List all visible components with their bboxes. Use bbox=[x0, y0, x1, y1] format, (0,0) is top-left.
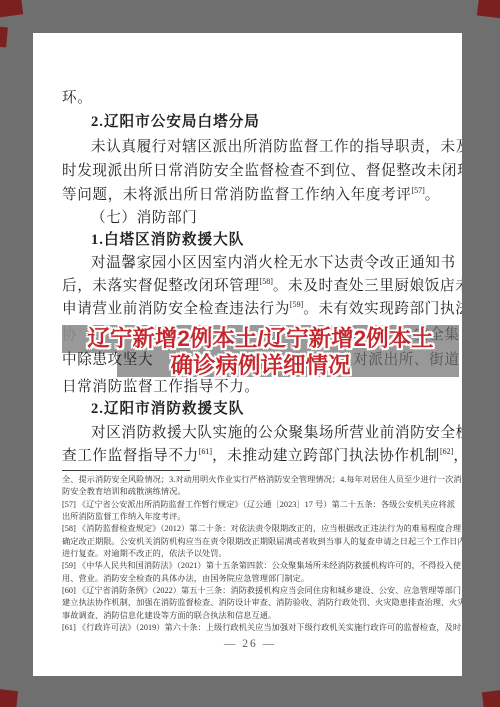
footnote-line: 事故调查、消防信息化建设等方面的联合执法和信息互通。 bbox=[62, 611, 276, 621]
overlay-headline-line2: 确诊病例详细情况 bbox=[62, 352, 459, 379]
page-number: — 26 — bbox=[0, 638, 500, 650]
frame-left bbox=[0, 0, 33, 707]
body-line-text: 对温馨家园小区因室内消火栓无水下达责令改正通知书 bbox=[91, 255, 456, 271]
footnote-separator bbox=[62, 470, 190, 471]
body-line-text: 2.辽阳市公安局白塔分局 bbox=[91, 114, 260, 130]
body-line: 时发现派出所日常消防安全监督检查不到位、督促整改未闭环 bbox=[62, 162, 472, 180]
body-line: 对区消防救援大队实施的公众聚集场所营业前消防安全检 bbox=[91, 424, 471, 442]
body-line-text: 时发现派出所日常消防安全监督检查不到位、督促整改未闭环 bbox=[62, 163, 472, 179]
body-line-text: 。 bbox=[425, 187, 440, 203]
footnote-line: 全、提示消防安全风险情况；3.对动用明火作业实行严格消防安全管理情况；4.每年对… bbox=[62, 475, 462, 485]
body-line-text: 环。 bbox=[62, 90, 92, 106]
frame-right bbox=[462, 0, 500, 707]
footnote-line: [57] 《辽宁省公安派出所消防监督工作暂行规定》（辽公通〔2023〕17 号）… bbox=[62, 500, 455, 510]
footnote-line: [61] 《行政许可法》（2019）第六十条：上级行政机关应当加强对下级行政机关… bbox=[62, 623, 461, 633]
body-line-text: 。未有效实现跨部门执法 bbox=[303, 301, 470, 317]
body-line-text: ，未推动建立跨部门执法协作机制 bbox=[212, 448, 440, 464]
body-line-text: 。未及时查处三里厨娘饭店未 bbox=[273, 278, 471, 294]
footnote-reference: [57] bbox=[411, 186, 424, 195]
corner-mark-bottom-right bbox=[482, 690, 500, 707]
footnote-reference: [61] bbox=[199, 447, 212, 456]
body-line-text: 1.白塔区消防救援大队 bbox=[91, 232, 244, 248]
footnote-line: [60] 《辽宁省消防条例》（2022）第五十三条：消防救援机构应当会同住房和城… bbox=[62, 586, 461, 596]
body-line: 申请营业前消防安全检查违法行为[59]。未有效实现跨部门执法 bbox=[62, 300, 470, 318]
body-line-text: 查工作监督指导不力 bbox=[62, 448, 199, 464]
body-line-text: 申请营业前消防安全检查违法行为 bbox=[62, 301, 290, 317]
body-line: 查工作监督指导不力[61]，未推动建立跨部门执法协作机制[62]， bbox=[62, 447, 469, 465]
body-line-text: 未认真履行对辖区派出所消防监督工作的指导职责，未及 bbox=[91, 139, 471, 155]
footnote-reference: [58] bbox=[260, 277, 273, 286]
footnote-line: 建立执法协作机制，加强在消防监督检查、消防设计审查、消防验收、消防行政处罚、火灾… bbox=[62, 598, 466, 608]
footnote-reference: [62] bbox=[440, 447, 453, 456]
footnote-line: 确定改正期限。公安机关消防机构应当在责令限期改正期限届满或者收到当事人的复查申请… bbox=[62, 537, 466, 547]
corner-mark-top-right bbox=[477, 0, 500, 19]
frame-top bbox=[0, 0, 500, 33]
footnote-line: [58] 《消防监督检查规定》（2012）第二十条：对依法责令限期改正的，应当根… bbox=[62, 524, 461, 534]
body-line-text: 2.辽阳市消防救援支队 bbox=[91, 401, 244, 417]
footnote-reference: [59] bbox=[290, 300, 303, 309]
body-line: 环。 bbox=[62, 89, 92, 107]
body-line: 1.白塔区消防救援大队 bbox=[91, 231, 244, 249]
body-line-text: 对区消防救援大队实施的公众聚集场所营业前消防安全检 bbox=[91, 425, 471, 441]
footnote-line: 出所消防监督工作纳入年度考评。 bbox=[62, 512, 186, 522]
footnote-line: 防安全教育培训和疏散演练情况。 bbox=[62, 487, 186, 497]
footnote-line: 进行复查。对逾期不改正的，依法予以处罚。 bbox=[62, 549, 227, 559]
overlay-headline: 辽宁新增2例本土/辽宁新增2例本土 确诊病例详细情况 bbox=[62, 325, 459, 379]
overlay-headline-line1: 辽宁新增2例本土/辽宁新增2例本土 bbox=[62, 325, 459, 352]
body-line: 2.辽阳市消防救援支队 bbox=[91, 400, 244, 418]
body-line-text: 等问题，未将派出所日常消防监督工作纳入年度考评 bbox=[62, 187, 411, 203]
corner-mark-bottom-left bbox=[0, 689, 18, 707]
body-line: 后，未落实督促整改闭环管理[58]。未及时查处三里厨娘饭店未 bbox=[62, 277, 470, 295]
body-line-text: 后，未落实督促整改闭环管理 bbox=[62, 278, 260, 294]
body-line: 未认真履行对辖区派出所消防监督工作的指导职责，未及 bbox=[91, 138, 471, 156]
body-line: 等问题，未将派出所日常消防监督工作纳入年度考评[57]。 bbox=[62, 186, 440, 204]
footnote-line: [59] 《中华人民共和国消防法》（2021）第十五条第四款：公众聚集场所未经消… bbox=[62, 561, 461, 571]
body-line: 日常消防监督工作指导不力。 bbox=[62, 378, 260, 396]
document-page: 环。2.辽阳市公安局白塔分局未认真履行对辖区派出所消防监督工作的指导职责，未及时… bbox=[0, 0, 500, 707]
body-line-text: 日常消防监督工作指导不力。 bbox=[62, 379, 260, 395]
footnote-line: 用、营业。消防安全检查的具体办法，由国务院应急管理部门制定。 bbox=[62, 574, 309, 584]
body-line: （七）消防部门 bbox=[91, 209, 197, 227]
frame-bottom bbox=[0, 676, 500, 707]
body-line: 2.辽阳市公安局白塔分局 bbox=[91, 113, 260, 131]
body-line: 对温馨家园小区因室内消火栓无水下达责令改正通知书 bbox=[91, 254, 456, 272]
body-line-text: （七）消防部门 bbox=[91, 210, 197, 226]
